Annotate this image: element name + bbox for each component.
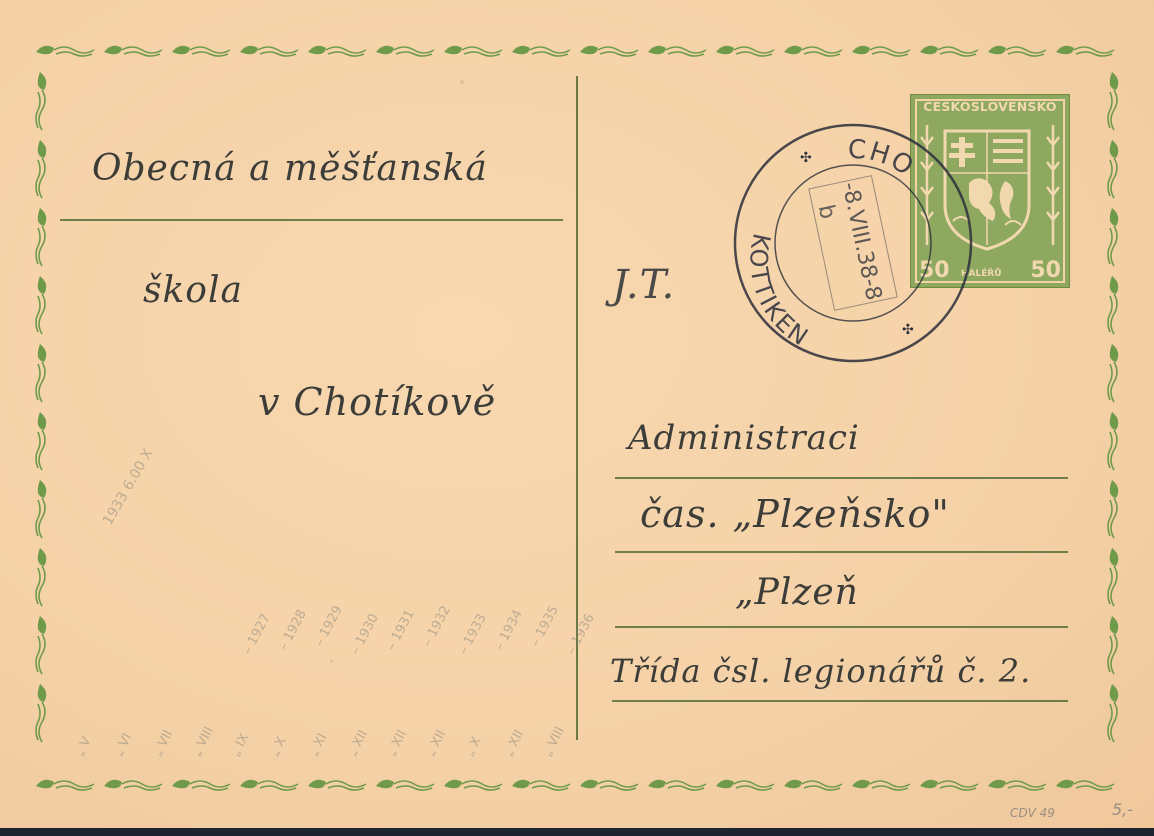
wheat-ornament-icon [1043,125,1063,245]
postmark-town-bottom: KOTTIKEN [744,231,814,352]
postmark-date: -8.VIII.38-8 [837,180,886,303]
postcard: Obecná a měšťanská škola v Chotíkově 193… [0,0,1154,828]
sender-line-2: škola [143,270,243,311]
recipient-mark: J.T. [612,262,675,308]
address-rule-3 [615,626,1068,628]
recipient-line-2: čas. „Plzeňsko" [640,492,950,536]
catalog-note: CDV 49 [1010,806,1055,820]
postmark-code: b [813,202,840,221]
address-rule-1 [615,477,1068,479]
recipient-line-4: Třída čsl. legionářů č. 2. [610,652,1031,690]
recipient-line-3: „Plzeň [735,572,859,613]
sender-line-3: v Chotíkově [258,380,496,424]
stamp-value-right: 50 [1030,258,1061,283]
sender-line-1: Obecná a měšťanská [92,148,488,189]
postmark-star-icon: ✣ [800,150,812,166]
price-note: 5,- [1112,800,1133,819]
address-rule-2 [615,551,1068,553]
sender-rule [60,219,563,221]
postmark-cancel: CHO KOTTIKEN -8.VIII.38-8 b ✣ ✣ [728,118,978,368]
stamp-country: ČESKOSLOVENSKO [911,99,1069,114]
address-rule-4 [612,700,1068,702]
postmark-town-top: CHO [847,135,920,183]
recipient-line-1: Administraci [628,418,860,458]
postmark-star-icon: ✣ [902,322,914,338]
